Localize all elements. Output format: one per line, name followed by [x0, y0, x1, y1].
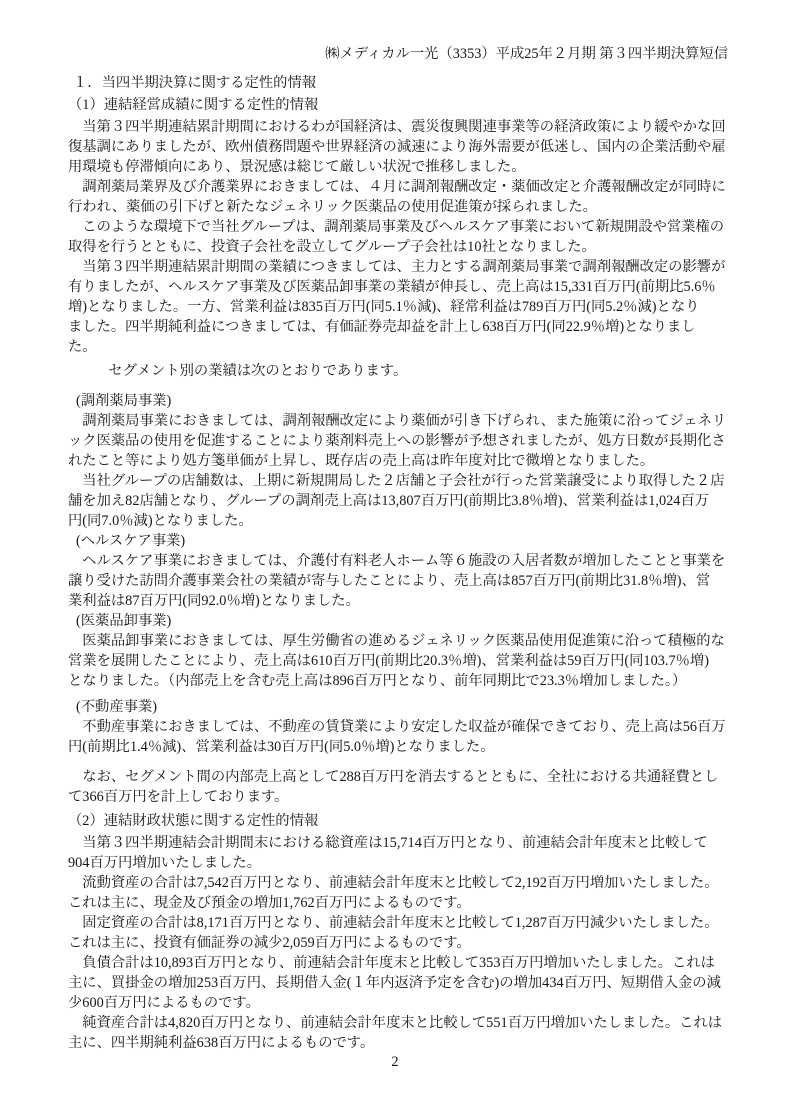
paragraph-realestate: 不動産事業におきましては、不動産の賃貸業により安定した収益が確保できており、売上… — [68, 717, 728, 757]
segment-label-healthcare: (ヘルスケア事業) — [76, 531, 728, 551]
paragraph-segment-note: なお、セグメント間の内部売上高として288百万円を消去するとともに、全社における… — [68, 767, 728, 807]
paragraph-total-assets: 当第３四半期連結会計期間末における総資産は15,714百万円となり、前連結会計年… — [68, 833, 728, 873]
segment-intro: セグメント別の業績は次のとおりであります。 — [94, 361, 728, 381]
paragraph-current-assets: 流動資産の合計は7,542百万円となり、前連結会計年度末と比較して2,192百万… — [68, 873, 728, 913]
paragraph-pharmacy-2: 当社グループの店舗数は、上期に新規開局した２店舗と子会社が行った営業譲受により取… — [68, 471, 728, 531]
paragraph-net-assets: 純資産合計は4,820百万円となり、前連結会計年度末と比較して551百万円増加い… — [68, 1013, 728, 1053]
paragraph-pharmacy-1: 調剤薬局事業におきましては、調剤報酬改定により薬価が引き下げられ、また施策に沿っ… — [68, 411, 728, 471]
document-header: ㈱メディカル一光（3353）平成25年２月期 第３四半期決算短信 — [63, 44, 728, 64]
document-page: ㈱メディカル一光（3353）平成25年２月期 第３四半期決算短信 １．当四半期決… — [0, 0, 790, 1118]
paragraph-industry: 調剤薬局業界及び介護業界におきましては、４月に調剤報酬改定・薬価改定と介護報酬改… — [68, 177, 728, 217]
paragraph-healthcare: ヘルスケア事業におきましては、介護付有料老人ホーム等６施設の入居者数が増加したこ… — [68, 551, 728, 611]
paragraph-wholesale: 医薬品卸事業におきましては、厚生労働省の進めるジェネリック医薬品使用促進策に沿っ… — [68, 631, 728, 691]
segment-label-wholesale: (医薬品卸事業) — [76, 611, 728, 631]
paragraph-group: このような環境下で当社グループは、調剤薬局事業及びヘルスケア事業において新規開設… — [68, 217, 728, 257]
section-1-heading: １．当四半期決算に関する定性的情報 — [73, 73, 728, 93]
page-number: 2 — [0, 1052, 790, 1072]
subsection-1-heading: （1）連結経営成績に関する定性的情報 — [68, 95, 728, 115]
paragraph-fixed-assets: 固定資産の合計は8,171百万円となり、前連結会計年度末と比較して1,287百万… — [68, 913, 728, 953]
paragraph-liabilities: 負債合計は10,893百万円となり、前連結会計年度末と比較して353百万円増加い… — [68, 953, 728, 1013]
segment-label-pharmacy: (調剤薬局事業) — [76, 391, 728, 411]
paragraph-results: 当第３四半期連結累計期間の業績につきましては、主力とする調剤薬局事業で調剤報酬改… — [68, 257, 728, 357]
subsection-2-heading: （2）連結財政状態に関する定性的情報 — [68, 811, 728, 831]
segment-label-realestate: (不動産事業) — [76, 697, 728, 717]
paragraph-economy: 当第３四半期連結累計期間におけるわが国経済は、震災復興関連事業等の経済政策により… — [68, 117, 728, 177]
